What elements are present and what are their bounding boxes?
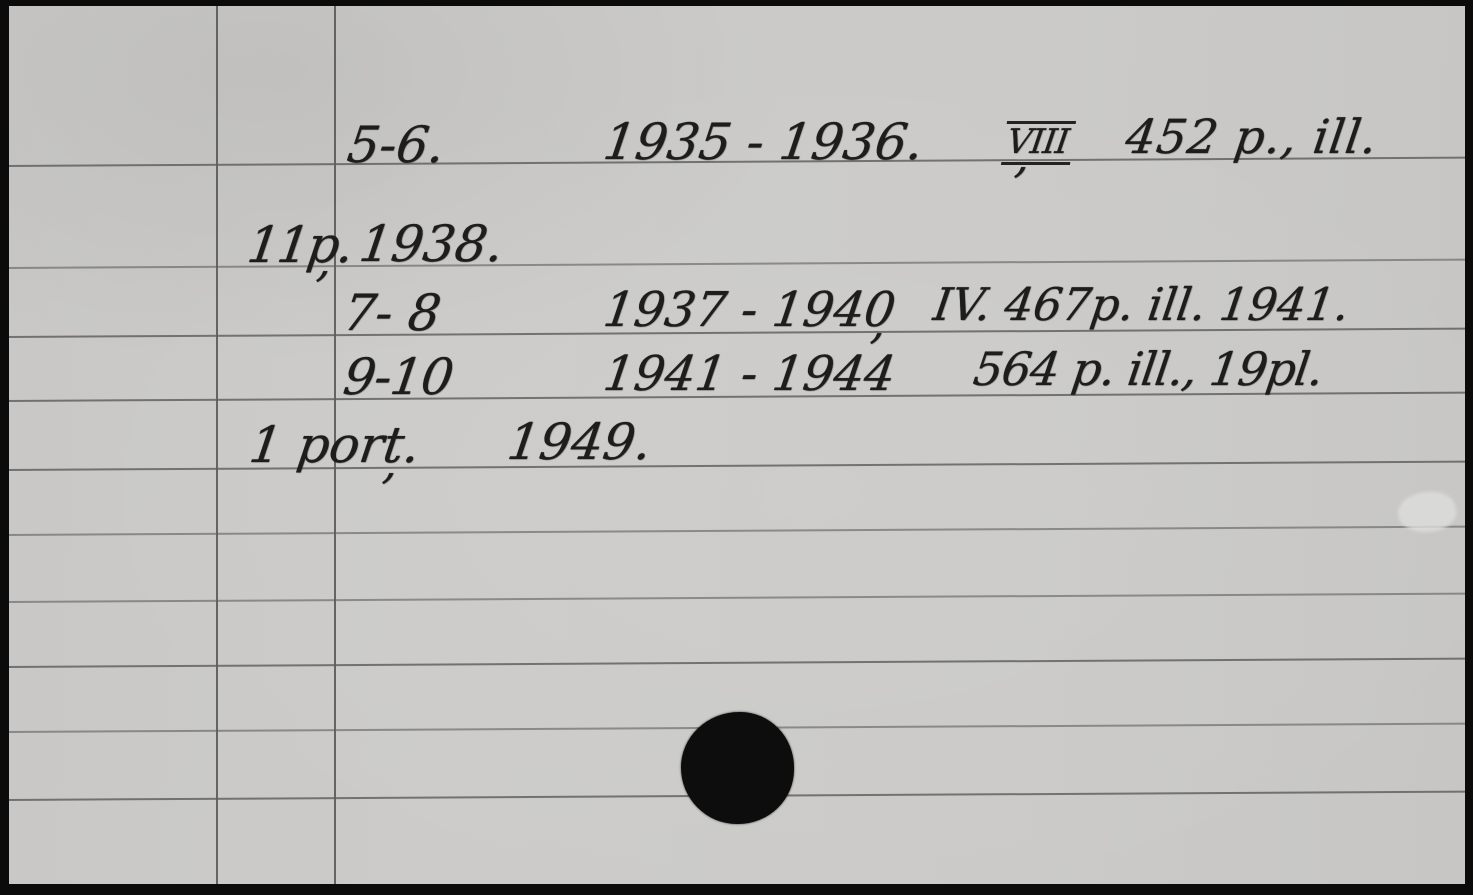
issue-numbers: 5-6. <box>344 120 447 170</box>
rule-line <box>7 259 1466 269</box>
issue-numbers: 7- 8 <box>340 288 443 338</box>
rule-line <box>7 526 1466 536</box>
scan-border-left <box>0 0 9 895</box>
publication-year: 1949. <box>504 417 654 467</box>
volume-roman-numeral: VIII <box>1001 121 1076 165</box>
pagination-statement: 564 p. ill., 19pl. <box>971 346 1326 392</box>
column-divider-1 <box>216 6 218 886</box>
publication-year: 1938. <box>356 219 506 269</box>
scan-border-top <box>0 0 1473 6</box>
rule-line <box>7 658 1466 668</box>
scan-border-bottom <box>0 884 1473 895</box>
hole-punch <box>681 712 794 824</box>
year-range: 1941 - 1944 <box>601 350 899 398</box>
pagination-statement: 452 p., ill. <box>1123 114 1381 161</box>
paper-smudge <box>1395 488 1458 536</box>
scan-border-right <box>1465 0 1473 895</box>
issue-numbers: 9-10 <box>340 352 455 402</box>
ledger-page: 5-6. 1935 - 1936. VIII , 452 p., ill. 11… <box>0 0 1473 895</box>
price-note: 11p. <box>244 220 355 270</box>
year-range: 1937 - 1940 <box>601 286 899 334</box>
pagination-statement: IV. 467p. ill. 1941. <box>931 282 1352 327</box>
rule-line <box>7 593 1466 603</box>
year-range: 1935 - 1936. <box>600 117 926 167</box>
rule-line <box>7 461 1466 471</box>
